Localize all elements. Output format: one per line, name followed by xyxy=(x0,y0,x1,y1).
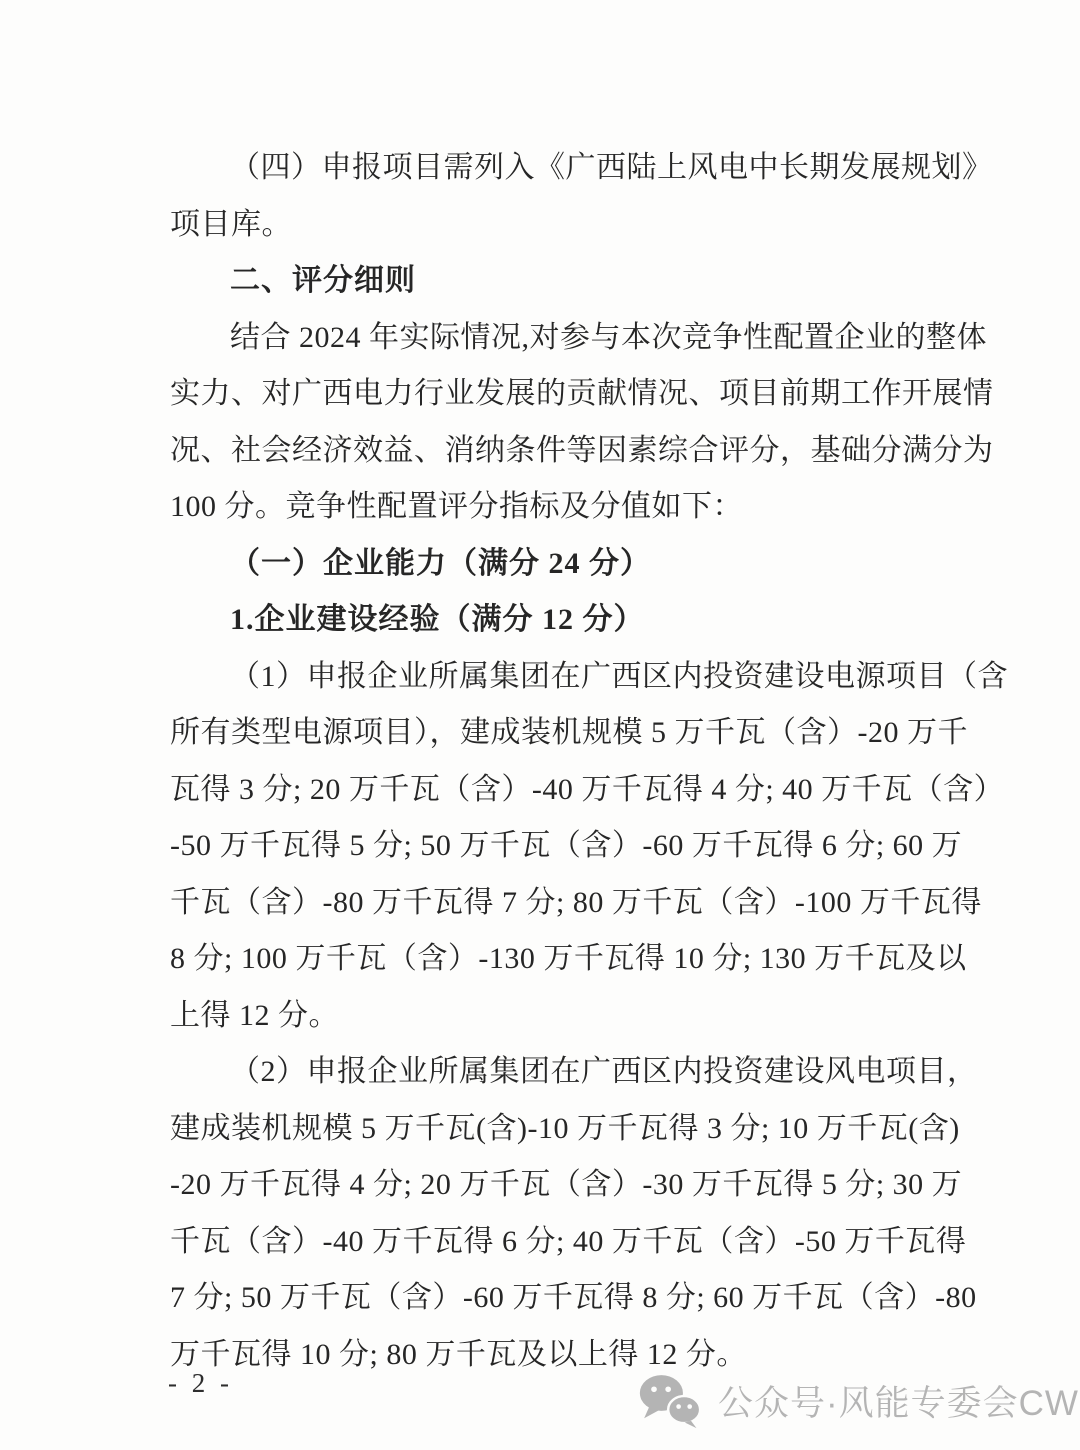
document-body: （四）申报项目需列入《广西陆上风电中长期发展规划》 项目库。 二、评分细则 结合… xyxy=(170,140,970,1383)
text-line: -50 万千瓦得 5 分; 50 万千瓦（含）-60 万千瓦得 6 分; 60 … xyxy=(170,818,970,875)
page-number: - 2 - xyxy=(168,1368,233,1399)
text-line: 实力、对广西电力行业发展的贡献情况、项目前期工作开展情 xyxy=(170,366,970,423)
text-line: 上得 12 分。 xyxy=(170,988,970,1045)
text-line: 8 分; 100 万千瓦（含）-130 万千瓦得 10 分; 130 万千瓦及以 xyxy=(170,931,970,988)
text-line: 千瓦（含）-80 万千瓦得 7 分; 80 万千瓦（含）-100 万千瓦得 xyxy=(170,875,970,932)
text-line: 瓦得 3 分; 20 万千瓦（含）-40 万千瓦得 4 分; 40 万千瓦（含） xyxy=(170,762,970,819)
text-line: 所有类型电源项目），建成装机规模 5 万千瓦（含）-20 万千 xyxy=(170,705,970,762)
text-line: 7 分; 50 万千瓦（含）-60 万千瓦得 8 分; 60 万千瓦（含）-80 xyxy=(170,1270,970,1327)
text-line: 项目库。 xyxy=(170,197,970,254)
section-heading: 二、评分细则 xyxy=(170,253,970,310)
document-page: （四）申报项目需列入《广西陆上风电中长期发展规划》 项目库。 二、评分细则 结合… xyxy=(0,0,1080,1450)
subsection-heading: （一）企业能力（满分 24 分） xyxy=(170,536,970,593)
text-line: 结合 2024 年实际情况,对参与本次竞争性配置企业的整体 xyxy=(170,310,970,367)
text-line: （四）申报项目需列入《广西陆上风电中长期发展规划》 xyxy=(170,140,970,197)
text-line: 建成装机规模 5 万千瓦(含)-10 万千瓦得 3 分; 10 万千瓦(含) xyxy=(170,1101,970,1158)
text-line: 千瓦（含）-40 万千瓦得 6 分; 40 万千瓦（含）-50 万千瓦得 xyxy=(170,1214,970,1271)
subsection-heading: 1.企业建设经验（满分 12 分） xyxy=(170,592,970,649)
watermark-text: 公众号·风能专委会CWEA xyxy=(718,1376,1080,1426)
text-line: -20 万千瓦得 4 分; 20 万千瓦（含）-30 万千瓦得 5 分; 30 … xyxy=(170,1157,970,1214)
text-line: 100 分。竞争性配置评分指标及分值如下： xyxy=(170,479,970,536)
wechat-icon xyxy=(638,1372,702,1430)
text-line: （2）申报企业所属集团在广西区内投资建设风电项目， xyxy=(170,1044,970,1101)
text-line: 况、社会经济效益、消纳条件等因素综合评分，基础分满分为 xyxy=(170,423,970,480)
text-line: （1）申报企业所属集团在广西区内投资建设电源项目（含 xyxy=(170,649,970,706)
wechat-watermark: 公众号·风能专委会CWEA xyxy=(638,1372,1080,1430)
